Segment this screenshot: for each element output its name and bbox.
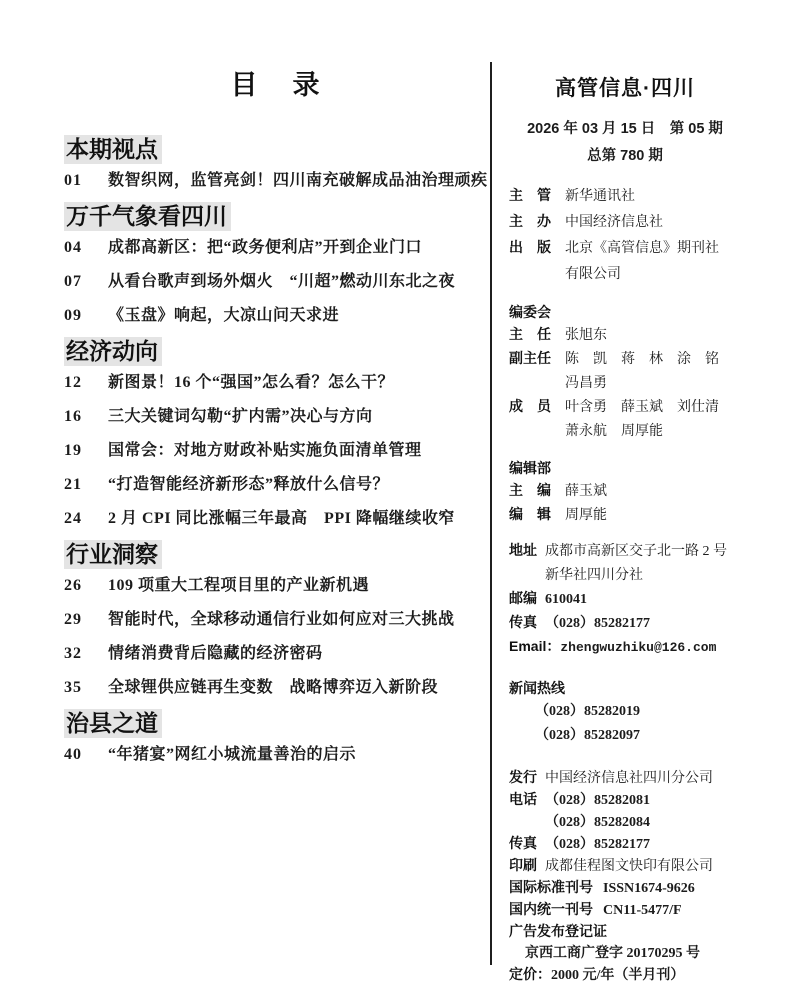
address-line2: 新华社四川分社 bbox=[545, 568, 643, 583]
ad-license-title-row: 广告发布登记证 bbox=[509, 921, 794, 942]
members-label: 成 员 bbox=[509, 395, 553, 417]
email-label: Email： bbox=[509, 635, 560, 657]
director-label: 主 任 bbox=[509, 323, 553, 345]
editorial-department-block: 编辑部 主 编薛玉斌 编 辑周厚能 bbox=[509, 457, 794, 527]
members-row-wrap: 萧永航 周厚能 bbox=[509, 419, 794, 443]
members-names-line1: 叶含勇 薛玉斌 刘仕清 bbox=[565, 400, 719, 415]
toc-entry: 24 2 月 CPI 同比涨幅三年最高 PPI 降幅继续收窄 bbox=[64, 509, 460, 529]
entry-title: 从看台歌声到场外烟火 “川超”燃动川东北之夜 bbox=[108, 272, 455, 292]
page-number: 01 bbox=[64, 171, 94, 191]
section-header-label: 治县之道 bbox=[64, 709, 162, 738]
section-header-zhixianzhidao: 治县之道 bbox=[64, 710, 460, 737]
entry-title: 全球锂供应链再生变数 战略博弈迈入新阶段 bbox=[108, 678, 438, 698]
ad-license-number-row: 京西工商广登字 20170295 号 bbox=[509, 942, 794, 964]
email-value: zhengwuzhiku@126.com bbox=[560, 640, 716, 655]
page-number: 29 bbox=[64, 610, 94, 630]
hotline-number-row: （028）85282019 bbox=[509, 699, 794, 723]
editor-label: 编 辑 bbox=[509, 503, 553, 525]
fax-value: （028）85282177 bbox=[545, 616, 650, 631]
email-row: Email：zhengwuzhiku@126.com bbox=[509, 635, 794, 659]
chief-editor-label: 主 编 bbox=[509, 479, 553, 501]
page-number: 35 bbox=[64, 678, 94, 698]
toc-entry: 16 三大关键词勾勒“扩内需”决心与方向 bbox=[64, 407, 460, 427]
toc-entry: 19 国常会：对地方财政补贴实施负面清单管理 bbox=[64, 441, 460, 461]
members-row: 成 员叶含勇 薛玉斌 刘仕清 bbox=[509, 395, 794, 419]
publisher-value-line1: 北京《高管信息》期刊社 bbox=[565, 241, 719, 256]
committee-title: 编委会 bbox=[509, 301, 794, 323]
address-row: 地址成都市高新区交子北一路 2 号 bbox=[509, 539, 794, 563]
phone-value-2: （028）85282084 bbox=[545, 815, 650, 830]
publisher-row: 出 版北京《高管信息》期刊社 bbox=[509, 235, 794, 261]
toc-entry: 12 新图景！16 个“强国”怎么看？怎么干？ bbox=[64, 373, 460, 393]
entry-title: 智能时代，全球移动通信行业如何应对三大挑战 bbox=[108, 610, 455, 630]
editorial-committee-block: 编委会 主 任张旭东 副主任陈 凯 蒋 林 涂 铭 冯昌勇 成 员叶含勇 薛玉斌… bbox=[509, 301, 794, 443]
entry-title: 2 月 CPI 同比涨幅三年最高 PPI 降幅继续收窄 bbox=[108, 509, 455, 529]
organizer-value: 中国经济信息社 bbox=[565, 215, 663, 230]
page-number: 21 bbox=[64, 475, 94, 495]
entry-title: 109 项重大工程项目里的产业新机遇 bbox=[108, 576, 369, 596]
issn-value: ISSN1674-9626 bbox=[603, 881, 695, 896]
publisher-block: 主 管新华通讯社 主 办中国经济信息社 出 版北京《高管信息》期刊社 有限公司 bbox=[509, 183, 794, 287]
phone-row: 电话（028）85282081 bbox=[509, 789, 794, 811]
editor-row: 编 辑周厚能 bbox=[509, 503, 794, 527]
chief-editor-row: 主 编薛玉斌 bbox=[509, 479, 794, 503]
organizer-label: 主 办 bbox=[509, 209, 553, 234]
cn-number-label: 国内统一刊号 bbox=[509, 899, 593, 920]
page-number: 26 bbox=[64, 576, 94, 596]
deputy-director-row-wrap: 冯昌勇 bbox=[509, 371, 794, 395]
cn-number-row: 国内统一刊号CN11-5477/F bbox=[509, 899, 794, 921]
masthead-column: 高管信息·四川 2026 年 03 月 15 日 第 05 期 总第 780 期… bbox=[509, 62, 794, 986]
entry-title: 成都高新区：把“政务便利店”开到企业门口 bbox=[108, 238, 422, 258]
page-number: 19 bbox=[64, 441, 94, 461]
cn-number-value: CN11-5477/F bbox=[603, 903, 682, 918]
entry-title: 情绪消费背后隐藏的经济密码 bbox=[108, 644, 323, 664]
entry-title: 新图景！16 个“强国”怎么看？怎么干？ bbox=[108, 373, 394, 393]
toc-column: 目 录 本期视点 01 数智织网，监管亮剑！四川南充破解成品油治理顽疾 万千气象… bbox=[64, 70, 460, 765]
ad-license-value: 京西工商广登字 20170295 号 bbox=[525, 946, 700, 961]
fax-row: 传真（028）85282177 bbox=[509, 611, 794, 635]
phone-value-1: （028）85282081 bbox=[545, 793, 650, 808]
page-number: 32 bbox=[64, 644, 94, 664]
deputy-director-names-line2: 冯昌勇 bbox=[565, 376, 607, 391]
page-number: 12 bbox=[64, 373, 94, 393]
section-header-label: 行业洞察 bbox=[64, 540, 162, 569]
address-label: 地址 bbox=[509, 539, 537, 561]
section-header-wanqianqixiang: 万千气象看四川 bbox=[64, 203, 460, 230]
price-row: 定价：2000 元/年（半月刊） bbox=[509, 964, 794, 986]
toc-entry: 40 “年猪宴”网红小城流量善治的启示 bbox=[64, 745, 460, 765]
toc-title: 目 录 bbox=[64, 70, 460, 100]
page-number: 24 bbox=[64, 509, 94, 529]
ad-license-label: 广告发布登记证 bbox=[509, 921, 607, 942]
publisher-label: 出 版 bbox=[509, 235, 553, 260]
director-row: 主 任张旭东 bbox=[509, 323, 794, 347]
journal-title: 高管信息·四川 bbox=[509, 76, 741, 102]
printer-label: 印刷 bbox=[509, 855, 537, 876]
section-header-hangyedongcha: 行业洞察 bbox=[64, 541, 460, 568]
fax-label: 传真 bbox=[509, 611, 537, 633]
publisher-row-wrap: 有限公司 bbox=[509, 261, 794, 287]
section-header-label: 万千气象看四川 bbox=[64, 202, 231, 231]
supervisor-label: 主 管 bbox=[509, 183, 553, 208]
phone-label: 电话 bbox=[509, 789, 537, 810]
postcode-label: 邮编 bbox=[509, 587, 537, 609]
distribution-label: 发行 bbox=[509, 767, 537, 788]
toc-entry: 07 从看台歌声到场外烟火 “川超”燃动川东北之夜 bbox=[64, 272, 460, 292]
toc-entry: 09 《玉盘》响起，大凉山问天求进 bbox=[64, 306, 460, 326]
news-hotline-block: 新闻热线 （028）85282019 （028）85282097 bbox=[509, 677, 794, 747]
page-number: 04 bbox=[64, 238, 94, 258]
printer-value: 成都佳程图文快印有限公司 bbox=[545, 859, 713, 874]
toc-entry: 29 智能时代，全球移动通信行业如何应对三大挑战 bbox=[64, 610, 460, 630]
toc-entry: 21 “打造智能经济新形态”释放什么信号？ bbox=[64, 475, 460, 495]
postcode-value: 610041 bbox=[545, 592, 587, 607]
toc-entry: 04 成都高新区：把“政务便利店”开到企业门口 bbox=[64, 238, 460, 258]
publication-info-block: 发行中国经济信息社四川分公司 电话（028）85282081 （028）8528… bbox=[509, 767, 794, 986]
masthead-header: 高管信息·四川 2026 年 03 月 15 日 第 05 期 总第 780 期 bbox=[509, 76, 741, 166]
organizer-row: 主 办中国经济信息社 bbox=[509, 209, 794, 235]
distribution-value: 中国经济信息社四川分公司 bbox=[545, 771, 713, 786]
postcode-row: 邮编610041 bbox=[509, 587, 794, 611]
section-header-jingjidongxiang: 经济动向 bbox=[64, 338, 460, 365]
toc-entry: 35 全球锂供应链再生变数 战略博弈迈入新阶段 bbox=[64, 678, 460, 698]
address-row-wrap: 新华社四川分社 bbox=[509, 563, 794, 587]
entry-title: 国常会：对地方财政补贴实施负面清单管理 bbox=[108, 441, 422, 461]
fax2-label: 传真 bbox=[509, 833, 537, 854]
publisher-value-line2: 有限公司 bbox=[565, 267, 621, 282]
deputy-director-label: 副主任 bbox=[509, 347, 553, 369]
entry-title: 三大关键词勾勒“扩内需”决心与方向 bbox=[108, 407, 373, 427]
deputy-director-row: 副主任陈 凯 蒋 林 涂 铭 bbox=[509, 347, 794, 371]
toc-entry: 32 情绪消费背后隐藏的经济密码 bbox=[64, 644, 460, 664]
contact-block: 地址成都市高新区交子北一路 2 号 新华社四川分社 邮编610041 传真（02… bbox=[509, 539, 794, 659]
section-header-label: 本期视点 bbox=[64, 135, 162, 164]
section-header-benqishidian: 本期视点 bbox=[64, 136, 460, 163]
director-value: 张旭东 bbox=[565, 328, 607, 343]
entry-title: 《玉盘》响起，大凉山问天求进 bbox=[108, 306, 339, 326]
hotline-number-row: （028）85282097 bbox=[509, 723, 794, 747]
editor-value: 周厚能 bbox=[565, 508, 607, 523]
issue-date: 2026 年 03 月 15 日 第 05 期 bbox=[509, 119, 741, 139]
page-number: 40 bbox=[64, 745, 94, 765]
price-label: 定价： bbox=[509, 964, 551, 985]
distribution-row: 发行中国经济信息社四川分公司 bbox=[509, 767, 794, 789]
toc-entry: 01 数智织网，监管亮剑！四川南充破解成品油治理顽疾 bbox=[64, 171, 460, 191]
fax2-row: 传真（028）85282177 bbox=[509, 833, 794, 855]
printer-row: 印刷成都佳程图文快印有限公司 bbox=[509, 855, 794, 877]
section-header-label: 经济动向 bbox=[64, 337, 162, 366]
hotline-number-1: （028）85282019 bbox=[535, 704, 640, 719]
price-value: 2000 元/年（半月刊） bbox=[551, 968, 684, 983]
hotline-number-2: （028）85282097 bbox=[535, 728, 640, 743]
entry-title: “年猪宴”网红小城流量善治的启示 bbox=[108, 745, 356, 765]
hotline-title: 新闻热线 bbox=[509, 677, 794, 699]
page-number: 09 bbox=[64, 306, 94, 326]
members-names-line2: 萧永航 周厚能 bbox=[565, 424, 663, 439]
entry-title: 数智织网，监管亮剑！四川南充破解成品油治理顽疾 bbox=[108, 171, 488, 191]
address-line1: 成都市高新区交子北一路 2 号 bbox=[545, 544, 727, 559]
deputy-director-names-line1: 陈 凯 蒋 林 涂 铭 bbox=[565, 352, 719, 367]
editorial-title: 编辑部 bbox=[509, 457, 794, 479]
supervisor-row: 主 管新华通讯社 bbox=[509, 183, 794, 209]
toc-entry: 26 109 项重大工程项目里的产业新机遇 bbox=[64, 576, 460, 596]
issue-number: 总第 780 期 bbox=[509, 146, 741, 166]
column-divider bbox=[490, 62, 492, 965]
chief-editor-value: 薛玉斌 bbox=[565, 484, 607, 499]
page-number: 07 bbox=[64, 272, 94, 292]
page-number: 16 bbox=[64, 407, 94, 427]
issn-label: 国际标准刊号 bbox=[509, 877, 593, 898]
entry-title: “打造智能经济新形态”释放什么信号？ bbox=[108, 475, 389, 495]
fax2-value: （028）85282177 bbox=[545, 837, 650, 852]
supervisor-value: 新华通讯社 bbox=[565, 189, 635, 204]
phone-row-wrap: （028）85282084 bbox=[509, 811, 794, 833]
issn-row: 国际标准刊号ISSN1674-9626 bbox=[509, 877, 794, 899]
